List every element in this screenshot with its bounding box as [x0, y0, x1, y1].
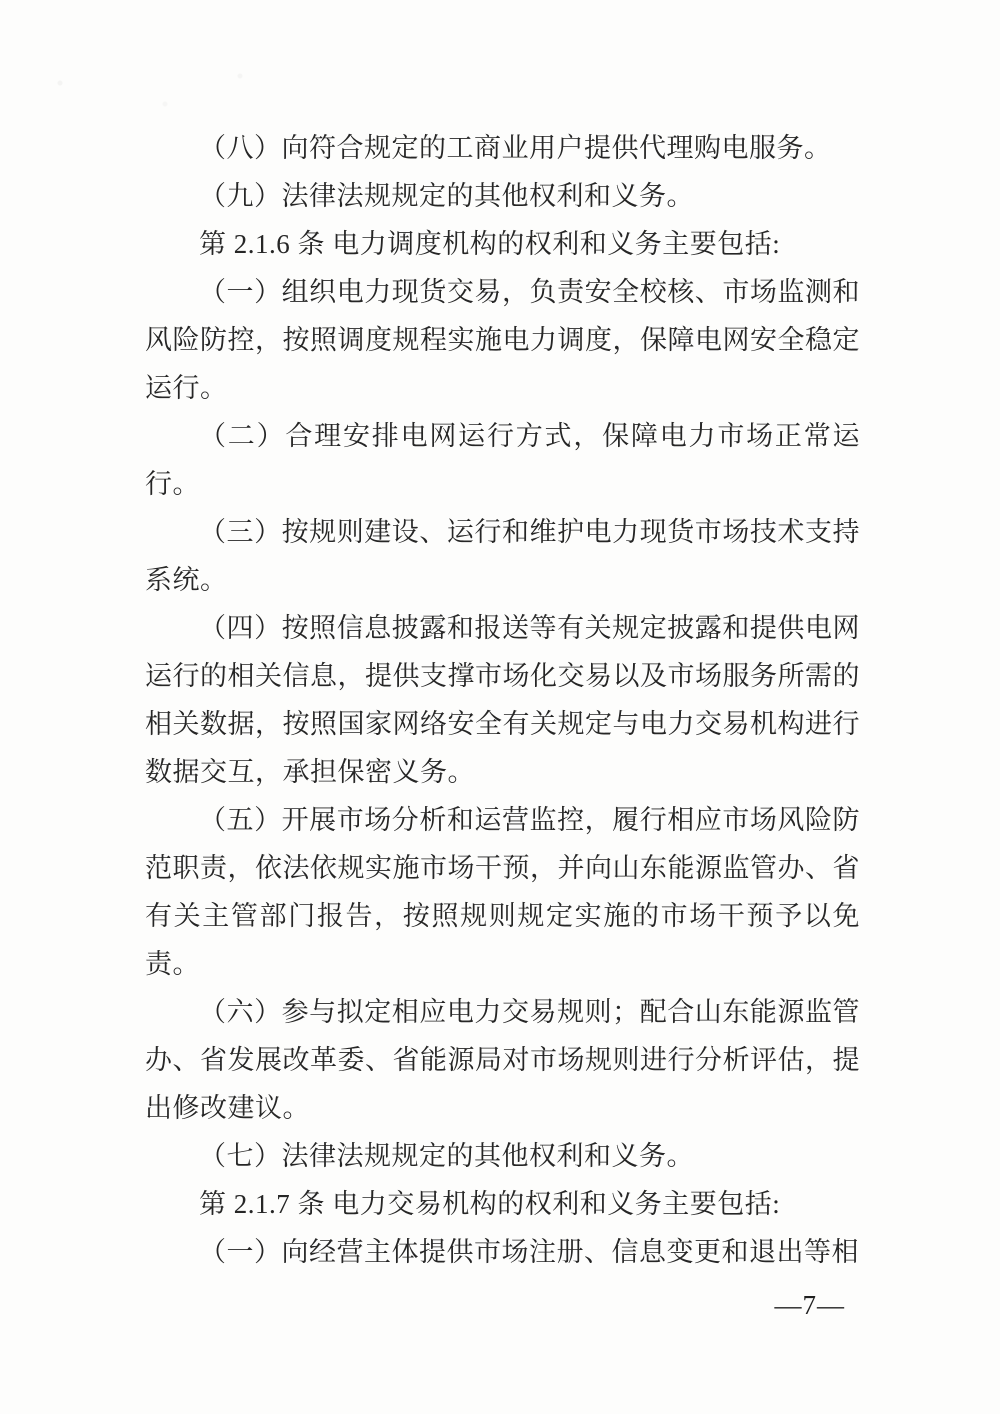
- clause-9-paragraph: （九）法律法规规定的其他权利和义务。: [145, 172, 860, 220]
- scan-noise-artifact: [0, 55, 300, 125]
- article-2-1-6-item-7: （七）法律法规规定的其他权利和义务。: [145, 1132, 860, 1180]
- article-2-1-6-heading: 第 2.1.6 条 电力调度机构的权利和义务主要包括:: [145, 220, 860, 268]
- article-2-1-7-heading: 第 2.1.7 条 电力交易机构的权利和义务主要包括:: [145, 1180, 860, 1228]
- document-body: （八）向符合规定的工商业用户提供代理购电服务。 （九）法律法规规定的其他权利和义…: [145, 124, 860, 1276]
- article-2-1-7-item-1: （一）向经营主体提供市场注册、信息变更和退出等相: [145, 1228, 860, 1276]
- article-2-1-6-item-4: （四）按照信息披露和报送等有关规定披露和提供电网运行的相关信息，提供支撑市场化交…: [145, 604, 860, 796]
- article-2-1-6-item-3: （三）按规则建设、运行和维护电力现货市场技术支持系统。: [145, 508, 860, 604]
- clause-8-paragraph: （八）向符合规定的工商业用户提供代理购电服务。: [145, 124, 860, 172]
- article-2-1-6-item-6: （六）参与拟定相应电力交易规则；配合山东能源监管办、省发展改革委、省能源局对市场…: [145, 988, 860, 1132]
- article-2-1-6-item-2: （二）合理安排电网运行方式，保障电力市场正常运行。: [145, 412, 860, 508]
- document-page: （八）向符合规定的工商业用户提供代理购电服务。 （九）法律法规规定的其他权利和义…: [0, 0, 1000, 1414]
- article-2-1-6-item-1: （一）组织电力现货交易，负责安全校核、市场监测和风险防控，按照调度规程实施电力调…: [145, 268, 860, 412]
- page-number: —7—: [775, 1290, 846, 1321]
- article-2-1-6-item-5: （五）开展市场分析和运营监控，履行相应市场风险防范职责，依法依规实施市场干预，并…: [145, 796, 860, 988]
